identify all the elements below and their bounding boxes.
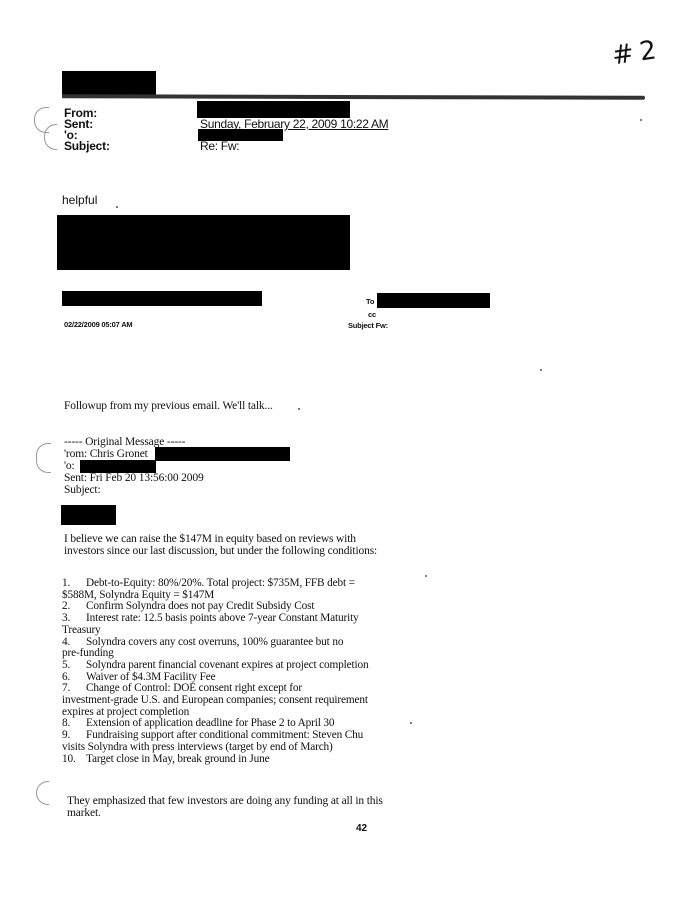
condition-item: 3.Interest rate: 12.5 basis points above… [62,613,402,636]
condition-line: 1.Debt-to-Equity: 80%/20%. Total project… [62,578,402,590]
scan-speck [410,722,412,724]
scan-speck [640,119,642,121]
scan-speck [298,408,300,410]
condition-number: 10. [62,754,86,766]
redacted-forward-sender [62,291,262,306]
scan-speck [540,369,542,371]
condition-item: 1.Debt-to-Equity: 80%/20%. Total project… [62,578,402,601]
redacted-signature-block [57,215,350,270]
conditions-list: 1.Debt-to-Equity: 80%/20%. Total project… [62,578,402,765]
page-number: 42 [356,823,367,834]
handwritten-page-mark: #2 [610,35,664,72]
condition-text: Extension of application deadline for Ph… [86,717,334,729]
condition-text: Solyndra parent financial covenant expir… [86,659,368,671]
condition-text: Fundraising support after conditional co… [86,729,363,741]
scan-speck [425,575,427,577]
condition-item: 7.Change of Control: DOE consent right e… [62,683,402,718]
condition-number: 1. [62,578,86,590]
reply-body: helpful [62,193,97,207]
header-rule [62,94,645,100]
redacted-greeting [61,505,116,525]
subject-value: Re: Fw: [200,141,239,152]
redacted-forward-to [377,293,490,308]
condition-text: Change of Control: DOE consent right exc… [86,682,302,694]
condition-text: Target close in May, break ground in Jun… [86,753,270,765]
condition-text: Waiver of $4.3M Facility Fee [86,671,215,683]
scan-artifact-bracket [36,781,49,805]
forward-subject: Subject Fw: [348,321,388,330]
condition-item: 4.Solyndra covers any cost overruns, 100… [62,637,402,660]
condition-number: 5. [62,660,86,672]
redacted-header-name [62,71,156,96]
condition-text: Solyndra covers any cost overruns, 100% … [86,636,343,648]
redacted-from-value [197,101,350,118]
intro-line-2: investors since our last discussion, but… [64,546,377,558]
scan-speck [116,206,118,208]
condition-line: 10.Target close in May, break ground in … [62,754,402,766]
forward-body: Followup from my previous email. We'll t… [64,401,273,413]
closing-line-1: They emphasized that few investors are d… [67,796,383,808]
condition-text: Interest rate: 12.5 basis points above 7… [86,612,359,624]
condition-text: Confirm Solyndra does not pay Credit Sub… [86,600,314,612]
subject-label: Subject: [64,141,110,152]
condition-continuation: investment-grade U.S. and European compa… [62,695,402,707]
forward-subject-label: Subject [348,321,374,330]
forward-datetime: 02/22/2009 05:07 AM [64,320,132,329]
scan-artifact-bracket [44,124,57,150]
forward-subject-value: Fw: [376,321,388,330]
condition-item: 10.Target close in May, break ground in … [62,754,402,766]
condition-item: 9.Fundraising support after conditional … [62,730,402,753]
redacted-original-from-email [155,447,290,461]
closing-line-2: market. [67,808,101,820]
condition-line: 3.Interest rate: 12.5 basis points above… [62,613,402,625]
condition-text: Debt-to-Equity: 80%/20%. Total project: … [86,577,355,589]
scan-artifact-bracket [36,443,51,473]
forward-to-label: To [366,297,374,306]
forward-cc-label: cc [368,310,376,319]
original-subject-line: Subject: [64,485,101,497]
